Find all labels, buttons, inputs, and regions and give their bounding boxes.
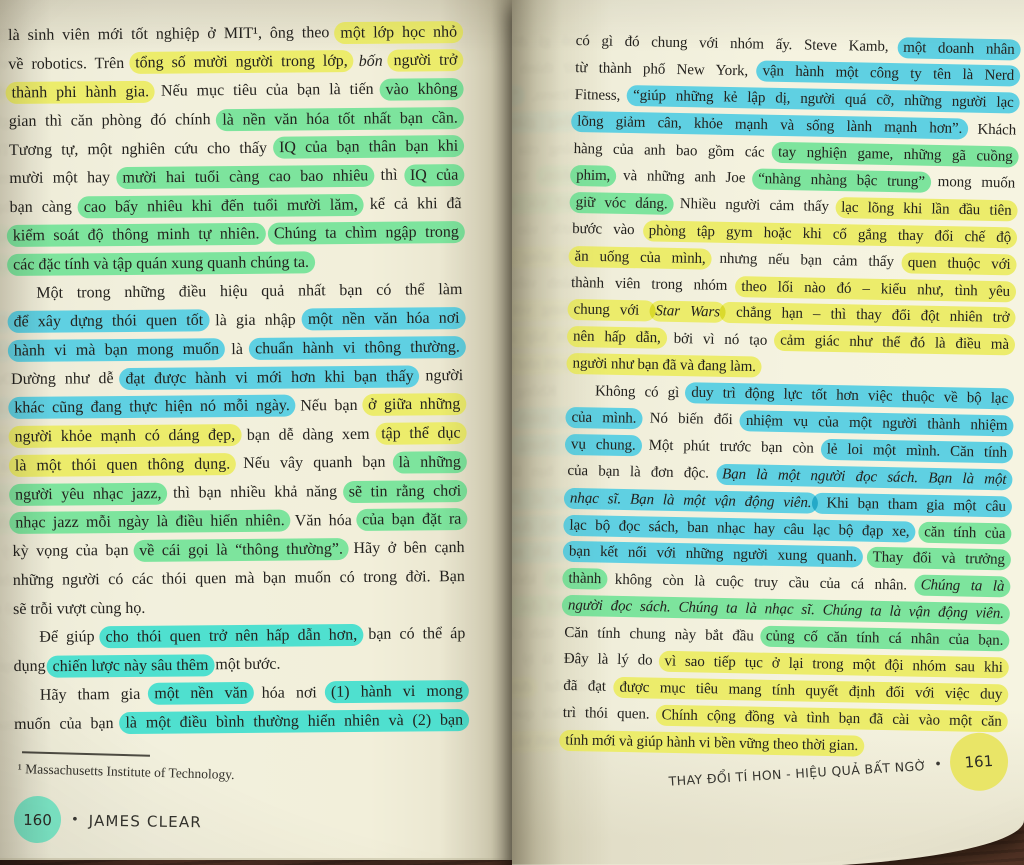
left-page-footer: 160 • JAMES CLEAR [14,796,203,846]
plain-text: Nếu bạn [293,397,365,415]
plain-text: thì [371,167,407,184]
plain-text: là sinh viên mới tốt nghiệp ở MIT¹, ông … [8,24,337,44]
plain-text: của bạn là đơn độc. [567,463,719,482]
plain-text: Không có gì [595,383,689,401]
text-line: để xây dựng thói quen tốt là gia nhập mộ… [11,305,463,338]
text-line: hành vi mà bạn mong muốn là chuẩn hành v… [11,334,463,367]
highlighted-text: củng cố căn tính cá nhân của bạn. [760,626,1010,652]
highlighted-text: của mình. [565,407,642,429]
text-line: các đặc tính và tập quán xung quanh chún… [10,248,462,281]
highlighted-text: chẳng hạn – thì thay đổi đột nhiên trở [720,302,1016,329]
highlighted-text: người như bạn đã và đang làm. [566,353,762,378]
highlighted-text: theo lối nào đó – kiểu như, tình yêu [735,276,1016,302]
plain-text: một bước. [211,656,280,674]
left-page-text: là sinh viên mới tốt nghiệp ở MIT¹, ông … [8,18,466,739]
running-title: THAY ĐỔI TÍ HON - HIỆU QUẢ BẤT NGỜ [668,757,927,788]
highlighted-text: cảm giác như thể đó là điều mà [774,330,1015,356]
highlighted-text: giữ vóc dáng. [569,192,673,215]
highlighted-text: phim, [570,165,616,187]
text-line: những người có các thói quen mà bạn muốn… [13,563,465,596]
footnote: ¹ Massachusetts Institute of Technology. [18,761,235,783]
highlighted-text: chuẩn hành vi thông thường. [249,336,466,360]
highlighted-text: là những [392,451,467,474]
plain-text: có gì đó chung với nhóm ấy. Steve Kamb, [576,33,901,55]
text-line: người khỏe mạnh có dáng đẹp, bạn dễ dàng… [12,420,464,453]
plain-text: Văn hóa [288,512,360,530]
highlighted-text: các đặc tính và tập quán xung quanh chún… [7,251,315,276]
plain-text: đã đạt [563,678,616,695]
text-line: Dường như dễ đạt được hành vi mới hơn kh… [11,362,463,395]
text-line: Hãy tham gia một nền văn hóa nơi (1) hàn… [14,678,466,711]
highlighted-text: duy trì động lực tốt hơn việc thuộc về b… [685,382,1014,409]
highlighted-text: vì sao tiếp tục ở lại trong một đội nhóm… [658,651,1009,679]
plain-text: thành viên trong nhóm [571,275,738,294]
highlighted-text: Chính cộng đồng và tình bạn đã cài vào m… [655,704,1008,732]
plain-text: Khách [965,121,1016,138]
highlighted-text: căn tính của [918,521,1012,544]
text-line: Để giúp cho thói quen trở nên hấp dẫn hơ… [13,620,465,653]
highlighted-text: “nhàng nhàng bậc trung” [752,168,931,192]
plain-text: Một phút trước bạn còn [638,438,823,458]
plain-text: nhưng nếu bạn cảm thấy [708,251,904,271]
plain-text: mười một hay [9,169,119,187]
highlighted-text: vào không [379,78,463,101]
highlighted-text: một lớp học nhỏ [334,21,463,44]
footer-bullet-icon: • [71,812,79,827]
plain-text: và những anh Joe [512,168,539,186]
plain-text: bước vào [512,221,580,238]
text-line: nhạc jazz mỗi ngày là điều hiển nhiên. V… [12,506,464,539]
highlighted-text: nhiệm vụ của một người thành nhiệm [740,410,1014,436]
highlighted-text: Thay đổi và trưởng [866,547,1011,571]
text-line: dụng chiến lược này sâu thêm một bước. [14,649,466,682]
highlighted-text: chiến lược này sâu thêm [47,654,215,677]
highlighted-text: (1) hành vi mong [325,680,469,703]
plain-text: Fitness, [522,87,578,104]
text-line: bạn càng cao bấy nhiêu khi đến tuổi mười… [10,190,462,223]
highlighted-text: Bạn là một người đọc sách. Bạn là một [716,464,1013,491]
right-page-text: có gì đó chung với nhóm ấy. Steve Kamb, … [562,28,1018,762]
text-line: về robotics. Trên tổng số mười người tro… [8,47,460,80]
plain-text: sẽ trỗi vượt cùng họ. [13,600,145,618]
plain-text: dụng [14,658,50,675]
text-line: là sinh viên mới tốt nghiệp ở MIT¹, ông … [8,18,460,51]
text-line: là một thói quen thông dụng. Nếu vây qua… [12,448,464,481]
plain-text: Đây là lý do [564,651,662,669]
plain-text: về robotics. Trên [8,55,132,73]
highlighted-text: ăn uống của mình, [568,246,711,270]
highlighted-text: IQ của [404,164,465,187]
photo-open-book: là sinh viên mới tốt nghiệp ở MIT¹, ông … [0,0,1024,865]
plain-text: muốn của bạn [14,715,122,733]
text-line: mười một hay mười hai tuổi càng cao bao … [9,161,461,194]
highlighted-text: phòng tập gym hoặc khi cố gắng thay đổi … [643,220,1018,248]
plain-text: hàng của anh bao gồm các [574,141,776,161]
highlighted-text: Star Wars [649,301,726,323]
highlighted-text: cho thói quen trở nên hấp dẫn hơn, [100,624,364,648]
plain-text: Nhiều người cảm thấy [670,196,838,215]
text-line: người yêu nhạc jazz, thì bạn nhiều khả n… [12,477,464,510]
highlighted-text: về cái gọi là “thông thường”. [133,538,349,562]
plain-text: bạn có thể áp [360,625,465,643]
plain-text: Không có gì [512,383,556,401]
text-line: khác cũng đang thực hiện nó mỗi ngày. Nế… [11,391,463,424]
plain-text: Tương tự, một nghiên cứu cho thấy [9,139,276,158]
highlighted-text: lõng giảm cân, khỏe mạnh và sống lành mạ… [571,111,968,140]
highlighted-text: người trở [388,49,464,72]
highlighted-text: vận hành một công ty tên là Nerd [756,61,1020,87]
highlighted-text: Chúng ta là [914,575,1010,598]
highlighted-text: được mục tiêu mang tính quyết định đối v… [613,677,1008,706]
plain-text: Nó biến đổi [639,411,743,429]
plain-text: bởi vì nó tạo [664,331,778,349]
plain-text: từ thành phố New York, [512,60,577,79]
highlighted-text: một doanh nhân [897,37,1021,60]
highlighted-text: hành vi mà bạn mong muốn [8,338,225,362]
text-line: kiểm soát độ thông minh tự nhiên. Chúng … [10,219,462,252]
plain-text: và những anh Joe [613,168,755,187]
plain-text: Một trong những điều hiệu quả nhất bạn c… [36,281,462,302]
plain-text: hóa nơi [251,684,328,702]
plain-text: bạn dễ dàng xem [238,425,378,443]
text-line: muốn của bạn là một điều bình thường hiể… [14,707,466,740]
highlighted-text: cao bấy nhiêu khi đến tuổi mười lăm, [78,194,364,218]
highlighted-text: vụ chung. [565,434,642,456]
highlighted-text: sẽ tin rằng chơi [343,480,468,503]
left-page-number: 160 [23,810,52,828]
highlighted-text: Khi bạn tham gia một câu [811,492,1012,517]
highlighted-text: kiểm soát độ thông minh tự nhiên. [7,223,266,247]
left-page: là sinh viên mới tốt nghiệp ở MIT¹, ông … [0,0,512,860]
highlighted-text: tập thể dục [375,422,467,445]
plain-text: Fitness, [575,87,631,104]
highlighted-text: một nền văn [148,682,253,705]
plain-text: bước vào [572,221,646,238]
plain-text: Nếu vây quanh bạn [233,454,396,472]
footnote-divider [22,751,150,756]
highlighted-text: “giúp những kẻ lập dị, người quá cỡ, nhữ… [512,85,525,113]
highlighted-text: “giúp những kẻ lập dị, người quá cỡ, nhữ… [627,85,1020,114]
highlighted-text: nhạc sĩ. Bạn là một vận động viên. [564,487,818,513]
plain-text: gian thì căn phòng đó chính [9,111,220,130]
plain-text: người [416,367,463,384]
right-page-number: 161 [964,752,994,772]
highlighted-text: tổng số mười người trong lớp, [129,50,354,74]
plain-text: kể cả khi đã [361,195,462,213]
highlighted-text: một nền văn hóa nơi [302,307,466,330]
right-page: có gì đó chung với nhóm ấy. Steve Kamb, … [512,0,1024,865]
plain-text: thì bạn nhiều khả năng [164,483,345,502]
text-line: thành phi hành gia. Nếu mục tiêu của bạn… [9,75,461,108]
highlighted-text: IQ của bạn thân bạn khi [273,135,464,159]
highlighted-text: thành [562,568,607,590]
plain-text: Dường như dễ [11,370,123,388]
plain-text: Hãy tham gia [40,686,152,704]
highlighted-text: quen thuộc với [902,252,1017,275]
plain-text: không còn là cuộc truy cầu của cá nhân. [512,571,547,592]
highlighted-text: lõng giảm cân, khỏe mạnh và sống lành mạ… [512,111,581,139]
highlighted-text: thành phi hành gia. [6,81,156,104]
highlighted-text: là một thói quen thông dụng. [9,453,236,477]
highlighted-text: bạn kết nối với những người xung quanh. [563,541,863,568]
highlighted-text: khác cũng đang thực hiện nó mỗi ngày. [8,395,296,420]
plain-text: Hãy ở bên cạnh [346,539,465,557]
highlighted-text: nên hấp dẫn, [567,326,667,349]
right-page-number-badge: 161 [948,731,1009,792]
text-line: sẽ trỗi vượt cùng họ. [13,592,465,625]
highlighted-text: người yêu nhạc jazz, [9,482,168,505]
left-page-number-badge: 160 [14,796,62,844]
highlighted-text: lạc bộ đọc sách, ban nhạc hay câu lạc bộ… [563,514,915,542]
footer-author: JAMES CLEAR [89,811,203,831]
highlighted-text: lạc lõng khi lần đầu tiên [835,197,1018,221]
highlighted-text: đạt được hành vi mới hơn khi bạn thấy [119,365,419,390]
plain-text: không còn là cuộc truy cầu của cá nhân. [604,571,918,593]
text-line: kỳ vọng của bạn về cái gọi là “thông thư… [13,534,465,567]
plain-text: từ thành phố New York, [575,60,760,80]
highlighted-text: Chúng ta chìm ngập trong [268,221,465,245]
plain-text: mong muốn [928,174,1016,192]
plain-text: Căn tính chung này bắt đầu [564,624,763,644]
highlighted-text: người khỏe mạnh có dáng đẹp, [9,424,242,448]
plain-text: bốn [359,52,383,69]
plain-text: là gia nhập [206,311,305,329]
highlighted-text: của bạn đặt ra [356,508,467,531]
plain-text: Để giúp [39,629,102,647]
highlighted-text: mười hai tuổi càng cao bao nhiêu [116,165,374,189]
plain-text: kỳ vọng của bạn [13,542,137,560]
plain-text: trì thói quen. [563,705,659,723]
highlighted-text: tay nghiện game, những gã cuồng [772,142,1019,168]
plain-text: những người có các thói quen mà bạn muốn… [13,568,465,589]
highlighted-text: chung với [567,299,655,322]
plain-text: bạn càng [10,198,81,216]
highlighted-text: là nền văn hóa tốt nhất bạn cần. [216,107,464,131]
plain-text: là [222,340,252,357]
text-line: Một trong những điều hiệu quả nhất bạn c… [10,276,462,309]
highlighted-text: lẻ loi một mình. Căn tính [821,439,1014,464]
highlighted-text: ở giữa những [362,393,467,416]
highlighted-text: để xây dựng thói quen tốt [8,310,210,334]
plain-text: hàng của anh bao gồm các [512,141,578,161]
text-line: gian thì căn phòng đó chính là nền văn h… [9,104,461,137]
footer-bullet-icon: • [934,757,943,772]
text-line: Tương tự, một nghiên cứu cho thấy IQ của… [9,133,461,166]
highlighted-text: là một điều bình thường hiển nhiên và (2… [119,709,469,734]
highlighted-text: nhạc jazz mỗi ngày là điều hiển nhiên. [9,510,291,534]
plain-text: có gì đó chung với nhóm ấy. Steve Kamb, [512,33,576,55]
plain-text: Nếu mục tiêu của bạn là tiến [152,81,383,100]
